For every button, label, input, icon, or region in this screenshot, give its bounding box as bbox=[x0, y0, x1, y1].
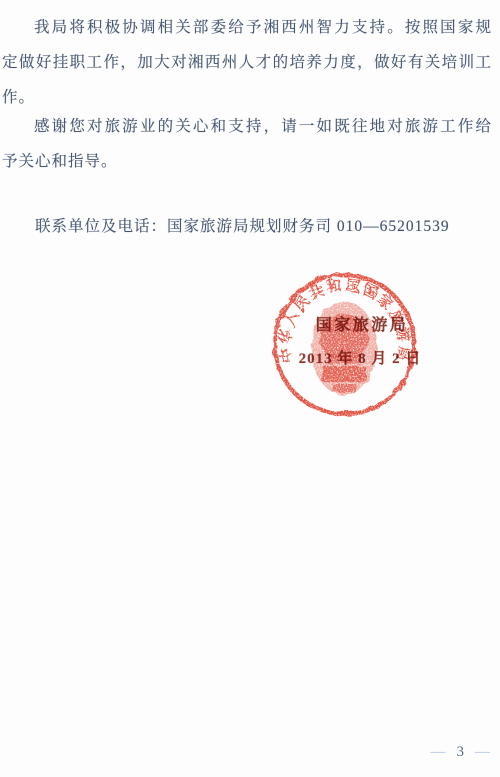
seal-graphic: 中华人民共和国国家旅游局 bbox=[266, 266, 423, 423]
page-number-value: 3 bbox=[457, 744, 465, 760]
page-number-dash-left: — bbox=[431, 744, 446, 760]
issue-date: 2013 年 8 月 2 日 bbox=[290, 350, 430, 368]
scanned-letter-page: 我局将积极协调相关部委给予湘西州智力支持。按照国家规 定做好挂职工作，加大对湘西… bbox=[0, 0, 500, 777]
page-number-dash-right: — bbox=[475, 744, 490, 760]
letter-body: 我局将积极协调相关部委给予湘西州智力支持。按照国家规 定做好挂职工作，加大对湘西… bbox=[2, 10, 492, 244]
paragraph1-line2: 定做好挂职工作，加大对湘西州人才的培养力度，做好有关培训工 bbox=[2, 45, 492, 80]
paragraph2-line1: 感谢您对旅游业的关心和支持，请一如既往地对旅游工作给 bbox=[2, 109, 492, 144]
issuing-authority-name: 国家旅游局 bbox=[314, 317, 410, 335]
paragraph1-line1: 我局将积极协调相关部委给予湘西州智力支持。按照国家规 bbox=[2, 10, 492, 45]
page-number: — 3 — bbox=[431, 744, 491, 760]
official-seal-stamp: 中华人民共和国国家旅游局 bbox=[266, 266, 423, 423]
contact-info-line: 联系单位及电话：国家旅游局规划财务司 010—65201539 bbox=[2, 209, 492, 244]
paragraph2-line2: 予关心和指导。 bbox=[2, 144, 492, 179]
national-emblem-icon bbox=[311, 301, 377, 395]
